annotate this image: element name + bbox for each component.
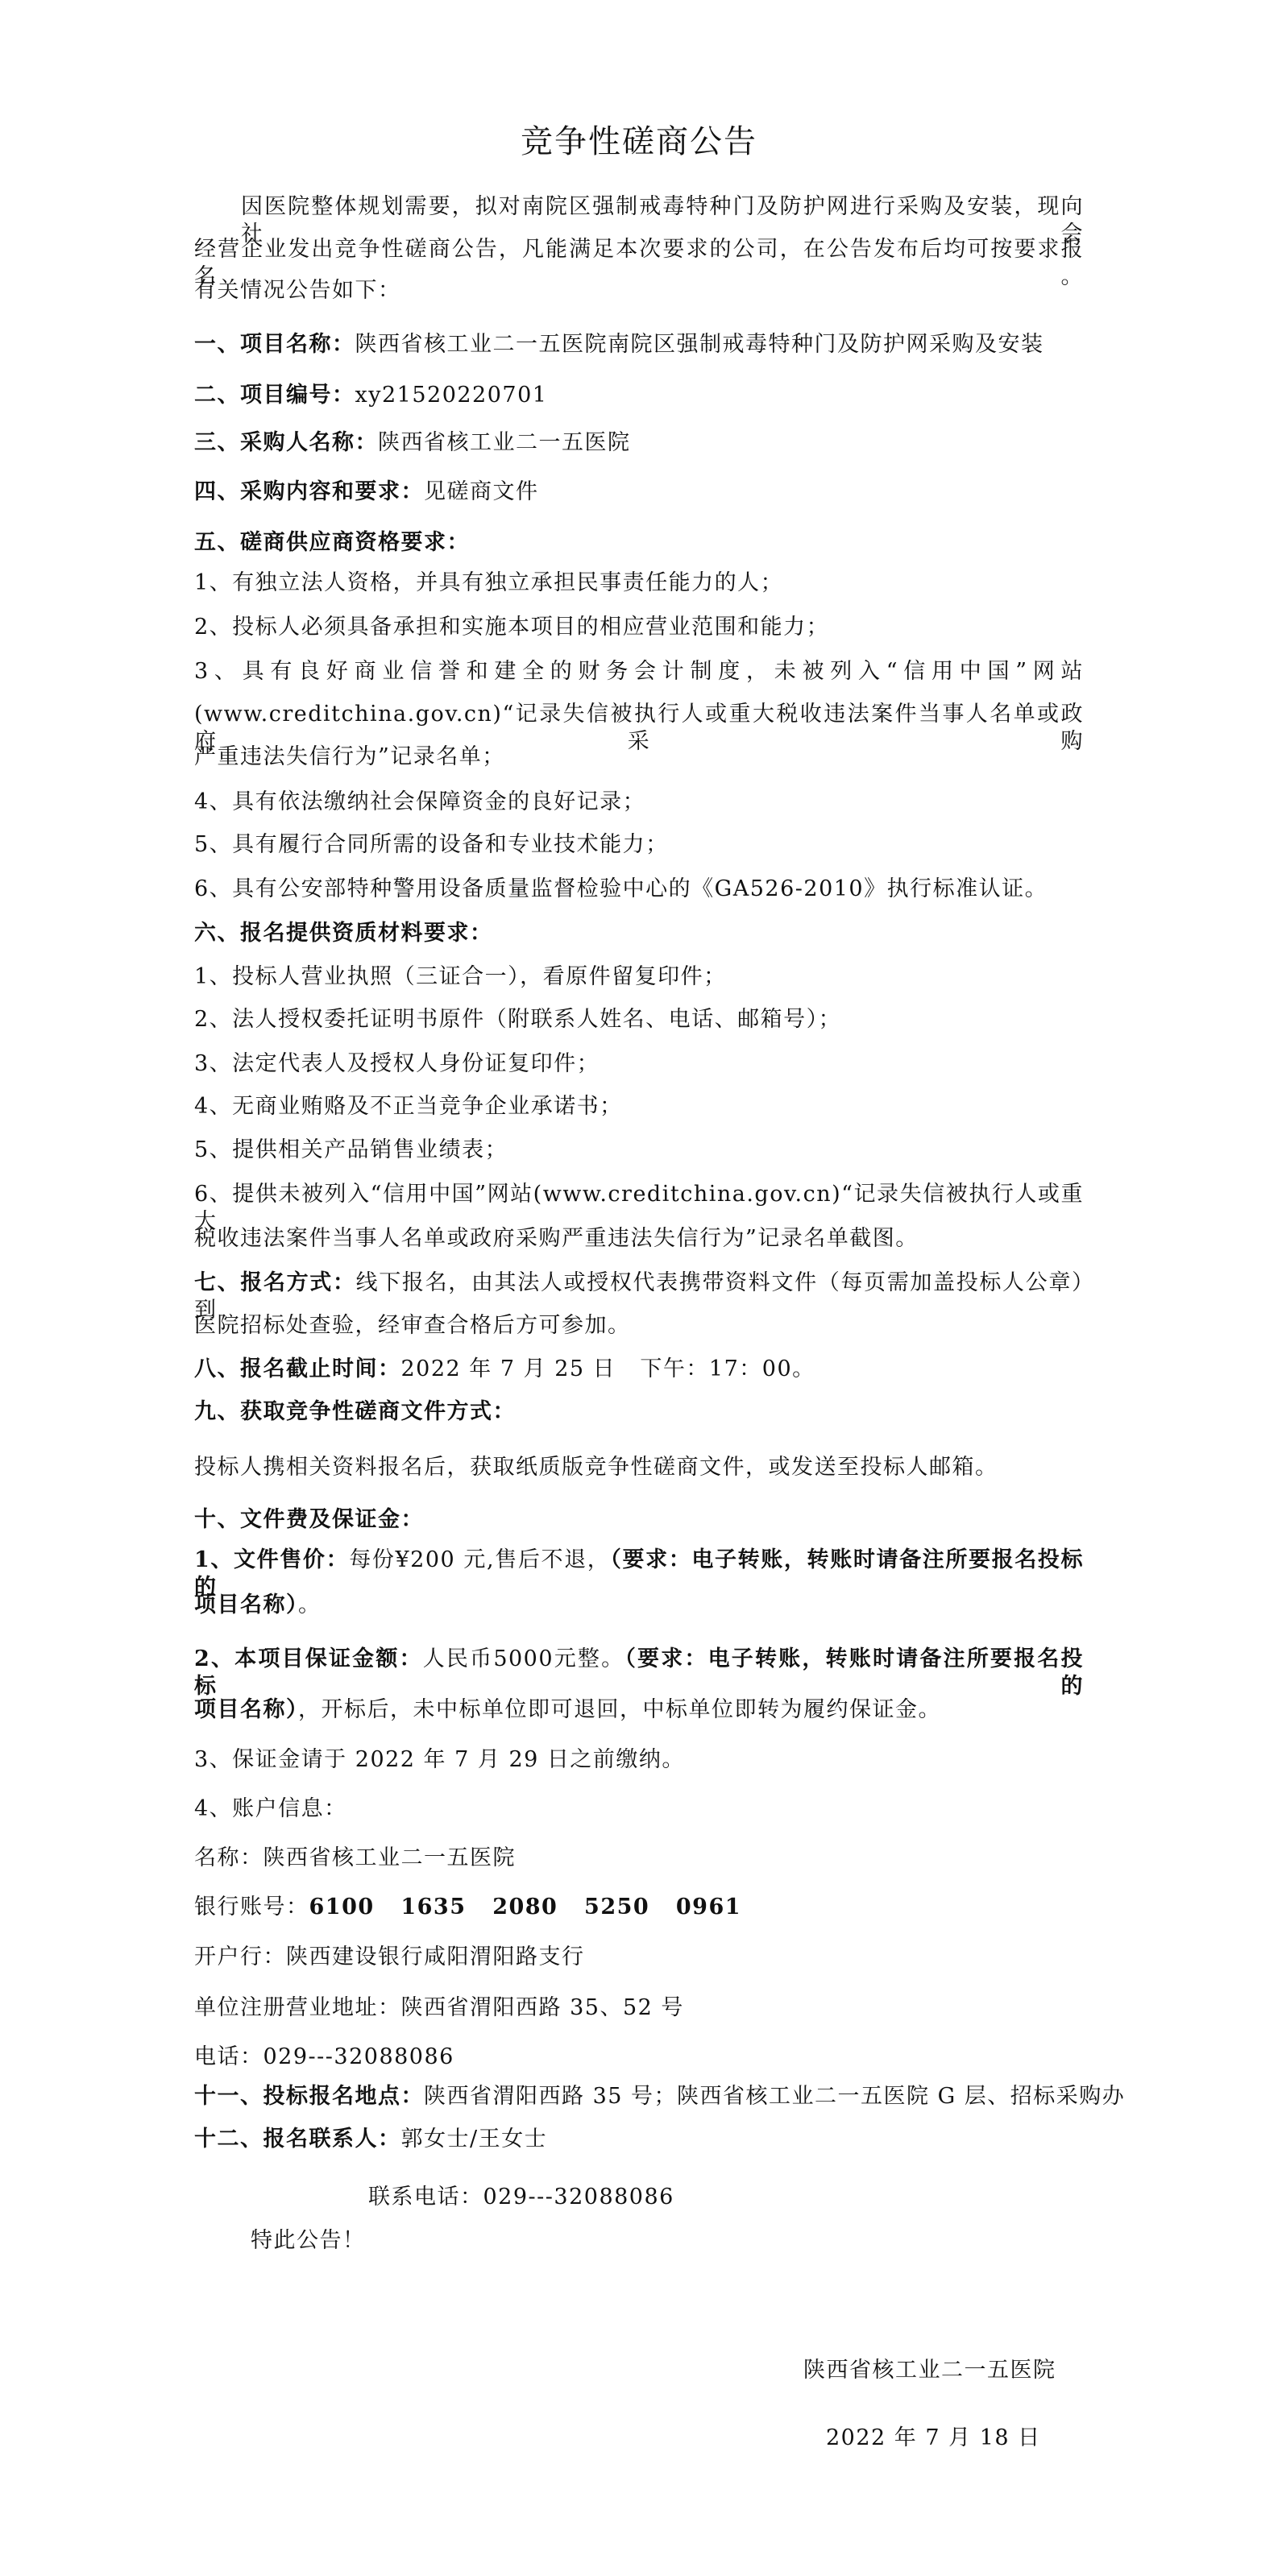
qualification-item: 4、具有依法缴纳社会保障资金的良好记录； <box>194 789 645 816</box>
qualification-item-cont: 严重违法失信行为”记录名单； <box>194 743 505 771</box>
qualification-item: 1、有独立法人资格，并具有独立承担民事责任能力的人； <box>194 569 783 597</box>
section-label: 四、采购内容和要求： <box>194 479 424 504</box>
qualification-item: 6、具有公安部特种警用设备质量监督检验中心的《GA526-2010》执行标准认证… <box>194 876 1048 903</box>
section-contact: 十二、报名联系人：郭女士/王女士 <box>194 2126 547 2153</box>
section-label: 二、项目编号： <box>194 383 355 408</box>
section-label: 十二、报名联系人： <box>194 2127 401 2151</box>
section-qualification-heading: 五、磋商供应商资格要求： <box>194 529 470 557</box>
section-project-name: 一、项目名称：陕西省核工业二一五医院南院区强制戒毒特种门及防护网采购及安装 <box>194 331 1044 358</box>
qualification-item: 2、投标人必须具备承担和实施本项目的相应营业范围和能力； <box>194 614 829 641</box>
account-address: 单位注册营业地址：陕西省渭阳西路 35、52 号 <box>194 1994 684 2022</box>
section-label: 三、采购人名称： <box>194 430 378 455</box>
contact-phone: 联系电话：029---32088086 <box>368 2184 674 2211</box>
section-materials-heading: 六、报名提供资质材料要求： <box>194 920 493 947</box>
section-value: 陕西省核工业二一五医院南院区强制戒毒特种门及防护网采购及安装 <box>355 332 1044 357</box>
section-label: 八、报名截止时间： <box>194 1356 401 1381</box>
section-value: 见磋商文件 <box>424 479 539 504</box>
intro-line-3: 有关情况公告如下： <box>194 277 401 304</box>
section-purchaser: 三、采购人名称：陕西省核工业二一五医院 <box>194 429 631 457</box>
section-value: 陕西省核工业二一五医院 <box>378 430 631 455</box>
fee-value: 每份¥200 元,售后不退， <box>349 1547 610 1572</box>
deposit-value: 人民币5000元整。 <box>423 1646 625 1671</box>
section-content: 四、采购内容和要求：见磋商文件 <box>194 478 539 506</box>
section-obtain-docs-heading: 九、获取竞争性磋商文件方式： <box>194 1398 516 1426</box>
qualification-item: 3、具有良好商业信誉和建全的财务会计制度，未被列入“信用中国”网站 <box>194 658 1084 685</box>
section-value: 2022 年 7 月 25 日 下午：17：00。 <box>401 1356 815 1381</box>
deposit-item-cont: 项目名称），开标后，未中标单位即可退回，中标单位即转为履约保证金。 <box>194 1696 941 1724</box>
materials-item: 2、法人授权委托证明书原件（附联系人姓名、电话、邮箱号）； <box>194 1006 841 1033</box>
account-heading: 4、账户信息： <box>194 1795 347 1823</box>
qualification-item: 5、具有履行合同所需的设备和专业技术能力； <box>194 831 669 859</box>
materials-item: 1、投标人营业执照（三证合一），看原件留复印件； <box>194 963 727 991</box>
account-number-row: 银行账号：6100 1635 2080 5250 0961 <box>194 1894 741 1921</box>
account-number: 6100 1635 2080 5250 0961 <box>309 1895 742 1920</box>
closing-text: 特此公告！ <box>251 2227 366 2255</box>
deposit-item: 2、本项目保证金额：人民币5000元整。（要求：电子转账，转账时请备注所要报名投… <box>194 1646 1084 1700</box>
section-label: 十一、投标报名地点： <box>194 2084 424 2109</box>
fee-item: 1、文件售价：每份¥200 元,售后不退，（要求：电子转账，转账时请备注所要报名… <box>194 1547 1084 1601</box>
section-project-number: 二、项目编号：xy21520220701 <box>194 382 547 409</box>
section-registration-method-cont: 医院招标处查验，经审查合格后方可参加。 <box>194 1312 631 1340</box>
materials-item-cont: 税收违法案件当事人名单或政府采购严重违法失信行为”记录名单截图。 <box>194 1225 919 1253</box>
page-title: 竞争性磋商公告 <box>0 121 1278 163</box>
fee-tail: 。 <box>298 1592 322 1617</box>
materials-item: 4、无商业贿赂及不正当竞争企业承诺书； <box>194 1093 623 1120</box>
fee-item-cont: 项目名称）。 <box>194 1592 322 1619</box>
deposit-deadline: 3、保证金请于 2022 年 7 月 29 日之前缴纳。 <box>194 1746 685 1774</box>
account-bank: 开户行：陕西建设银行咸阳渭阳路支行 <box>194 1944 585 1971</box>
section-deadline: 八、报名截止时间：2022 年 7 月 25 日 下午：17：00。 <box>194 1356 815 1383</box>
materials-item: 3、法定代表人及授权人身份证复印件； <box>194 1050 600 1078</box>
signature-org: 陕西省核工业二一五医院 <box>803 2357 1056 2384</box>
materials-item: 5、提供相关产品销售业绩表； <box>194 1137 508 1164</box>
section-value: 郭女士/王女士 <box>401 2127 548 2151</box>
fee-label: 1、文件售价： <box>194 1547 349 1572</box>
account-phone: 电话：029---32088086 <box>194 2044 454 2071</box>
section-fees-heading: 十、文件费及保证金： <box>194 1506 424 1534</box>
account-number-label: 银行账号： <box>194 1895 309 1920</box>
section-value: 陕西省渭阳西路 35 号；陕西省核工业二一五医院 G 层、招标采购办 <box>424 2084 1125 2109</box>
section-obtain-docs-value: 投标人携相关资料报名后，获取纸质版竞争性磋商文件，或发送至投标人邮箱。 <box>194 1454 998 1481</box>
deposit-tail: ，开标后，未中标单位即可退回，中标单位即转为履约保证金。 <box>298 1697 941 1722</box>
section-label: 一、项目名称： <box>194 332 355 357</box>
section-label: 七、报名方式： <box>194 1270 356 1295</box>
section-value: xy21520220701 <box>355 383 548 408</box>
section-registration-location: 十一、投标报名地点：陕西省渭阳西路 35 号；陕西省核工业二一五医院 G 层、招… <box>194 2083 1125 2110</box>
account-name: 名称：陕西省核工业二一五医院 <box>194 1845 516 1872</box>
deposit-requirement-cont: 项目名称） <box>194 1697 298 1722</box>
deposit-label: 2、本项目保证金额： <box>194 1646 423 1671</box>
signature-date: 2022 年 7 月 18 日 <box>826 2425 1041 2452</box>
fee-requirement-cont: 项目名称） <box>194 1592 298 1617</box>
